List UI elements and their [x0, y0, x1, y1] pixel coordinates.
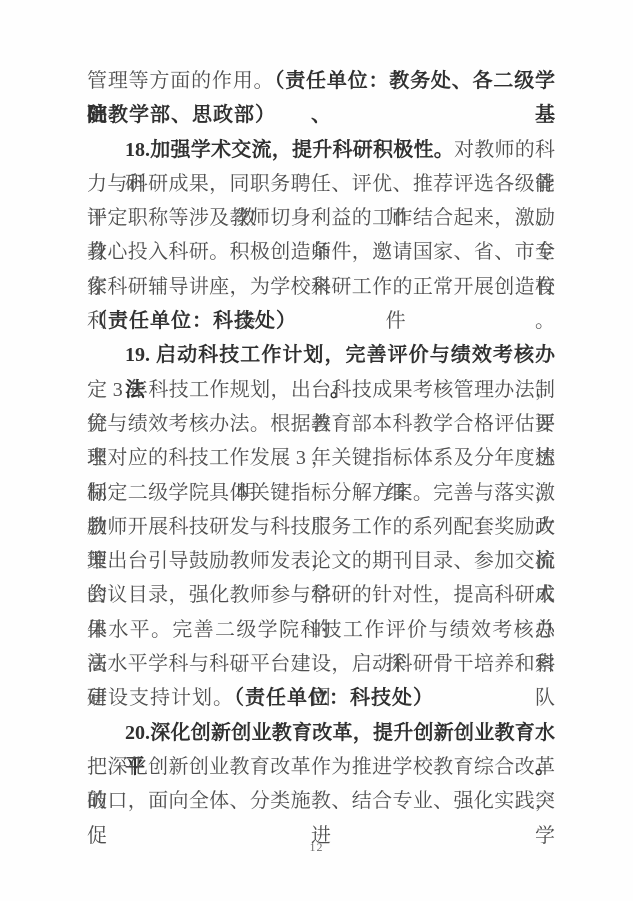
text-line: 体水平。完善二级学院科技工作评价与绩效考核办法。探索: [87, 613, 555, 647]
text-line: 理出台引导鼓励教师发表论文的期刊目录、参加交流的学术: [87, 544, 555, 578]
page-number: 12: [310, 840, 324, 854]
text-line: 高水平学科与科研平台建设，启动科研骨干培养和科研团队: [87, 647, 555, 681]
bold-text-segment: （责任单位：科技处）: [234, 687, 434, 709]
text-line: 19. 启动科技工作计划，完善评价与绩效考核办法。制: [87, 338, 555, 372]
text-line: 评定职称等涉及教师切身利益的工作结合起来，激励教师全: [87, 201, 555, 235]
document-page: 管理等方面的作用。（责任单位：教务处、各二级学院、基础教学部、思政部）18.加强…: [0, 0, 633, 901]
page-footer: 12: [0, 838, 633, 856]
text-line: 力与科研成果，同职务聘任、评优、推荐评选各级骨干教师、: [87, 167, 555, 201]
text-line: 会议目录，强化教师参与科研的针对性，提高科研成果的总: [87, 578, 555, 612]
text-line: 20.深化创新创业教育改革，提升创新创业教育水平。: [87, 716, 555, 750]
text-line: 管理等方面的作用。（责任单位：教务处、各二级学院、基: [87, 64, 555, 98]
text-line: 教师开展科技研发与科技服务工作的系列配套奖励政策，梳: [87, 510, 555, 544]
bold-text-segment: （责任单位：科技处）: [87, 310, 297, 332]
text-line: 破口，面向全体、分类施教、结合专业、强化实践，促进学: [87, 784, 555, 818]
text-line: 理对应的科技工作发展 3 年关键指标体系及分年度达标明细，: [87, 441, 555, 475]
text-segment: 建设支持计划。: [87, 687, 234, 709]
text-line: 价与绩效考核办法。根据教育部本科教学合格评估要求，梳: [87, 407, 555, 441]
text-segment: 管理等方面的作用。: [87, 70, 274, 92]
document-body: 管理等方面的作用。（责任单位：教务处、各二级学院、基础教学部、思政部）18.加强…: [87, 64, 555, 819]
text-line: 制定二级学院具体关键指标分解方案。完善与落实激励广大: [87, 476, 555, 510]
bold-text-segment: 18.加强学术交流，提升科研积极性。: [125, 139, 454, 161]
bold-text-segment: 础教学部、思政部）: [87, 104, 276, 126]
text-line: 18.加强学术交流，提升科研积极性。对教师的科研能: [87, 133, 555, 167]
text-line: 身心投入科研。积极创造条件，邀请国家、省、市专家来校: [87, 235, 555, 269]
text-line: 把深化创新创业教育改革作为推进学校教育综合改革的突: [87, 750, 555, 784]
text-line: 定 3 年科技工作规划，出台科技成果考核管理办法，完善评: [87, 373, 555, 407]
text-line: 作科研辅导讲座，为学校科研工作的正常开展创造有利条件。: [87, 270, 555, 304]
